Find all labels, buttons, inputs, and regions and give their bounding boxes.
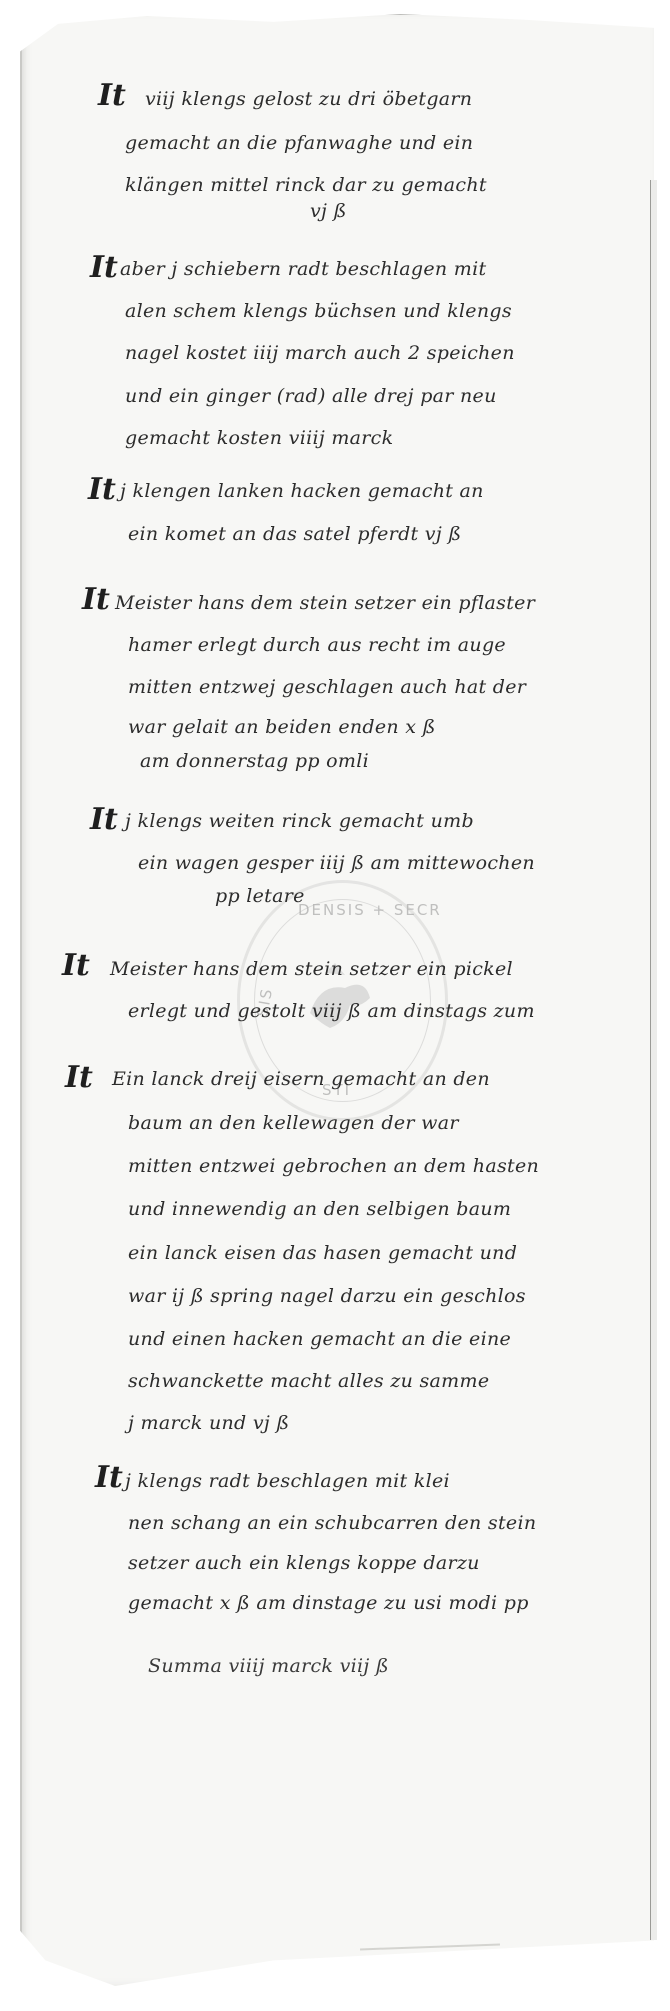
entry-amount: j marck und vj ß: [128, 1412, 289, 1434]
entry-line: erlegt und gestolt viij ß am dinstags zu…: [128, 1000, 535, 1022]
item-mark: It: [82, 582, 110, 617]
entry-line: Meister hans dem stein setzer ein pflast…: [115, 592, 535, 614]
item-mark: It: [95, 1460, 123, 1495]
entry-line: nen schang an ein schubcarren den stein: [128, 1512, 536, 1534]
entry-line: und ein ginger (rad) alle drej par neu: [125, 385, 497, 407]
entry-line: j klengs weiten rinck gemacht umb: [125, 810, 474, 832]
entry-date: am donnerstag pp omli: [140, 750, 369, 772]
entry-line: Meister hans dem stein setzer ein pickel: [110, 958, 513, 980]
entry-line: j klengs radt beschlagen mit klei: [125, 1470, 450, 1492]
entry-line: gemacht x ß am dinstage zu usi modi pp: [128, 1592, 529, 1614]
item-mark: It: [65, 1060, 93, 1095]
item-mark: It: [90, 250, 118, 285]
entry-line: j klengen lanken hacken gemacht an: [120, 480, 484, 502]
entry-line: war gelait an beiden enden x ß: [128, 716, 436, 738]
entry-line: ein lanck eisen das hasen gemacht und: [128, 1242, 517, 1264]
entry-line: mitten entzwei gebrochen an dem hasten: [128, 1155, 539, 1177]
entry-line: und einen hacken gemacht an die eine: [128, 1328, 511, 1350]
binding-edge: [650, 180, 657, 1940]
entry-line: nagel kostet iiij march auch 2 speichen: [125, 342, 515, 364]
summa-total: Summa viiij marck viij ß: [148, 1655, 389, 1677]
item-mark: It: [62, 948, 90, 983]
entry-line: setzer auch ein klengs koppe darzu: [128, 1552, 480, 1574]
entry-line: war ij ß spring nagel darzu ein geschlos: [128, 1285, 526, 1307]
entry-date: pp letare: [215, 885, 305, 907]
item-mark: It: [88, 472, 116, 507]
entry-line: klängen mittel rinck dar zu gemacht: [125, 174, 487, 196]
entry-line: ein komet an das satel pferdt vj ß: [128, 523, 461, 545]
item-mark: It: [90, 802, 118, 837]
entry-line: hamer erlegt durch aus recht im auge: [128, 634, 506, 656]
entry-line: gemacht kosten viiij marck: [125, 427, 393, 449]
entry-line: alen schem klengs büchsen und klengs: [125, 300, 512, 322]
stamp-text-top: DENSIS + SECR: [298, 901, 442, 919]
item-mark: It: [98, 78, 126, 113]
entry-line: Ein lanck dreij eisern gemacht an den: [112, 1068, 490, 1090]
entry-line: baum an den kellewagen der war: [128, 1112, 459, 1134]
entry-line: aber j schiebern radt beschlagen mit: [120, 258, 486, 280]
entry-line: und innewendig an den selbigen baum: [128, 1198, 511, 1220]
entry-line: gemacht an die pfanwaghe und ein: [125, 132, 473, 154]
entry-line: mitten entzwej geschlagen auch hat der: [128, 676, 526, 698]
entry-line: ein wagen gesper iiij ß am mittewochen: [138, 852, 535, 874]
entry-amount: vj ß: [310, 200, 347, 222]
entry-line: viij klengs gelost zu dri öbetgarn: [145, 88, 472, 110]
entry-line: schwanckette macht alles zu samme: [128, 1370, 489, 1392]
